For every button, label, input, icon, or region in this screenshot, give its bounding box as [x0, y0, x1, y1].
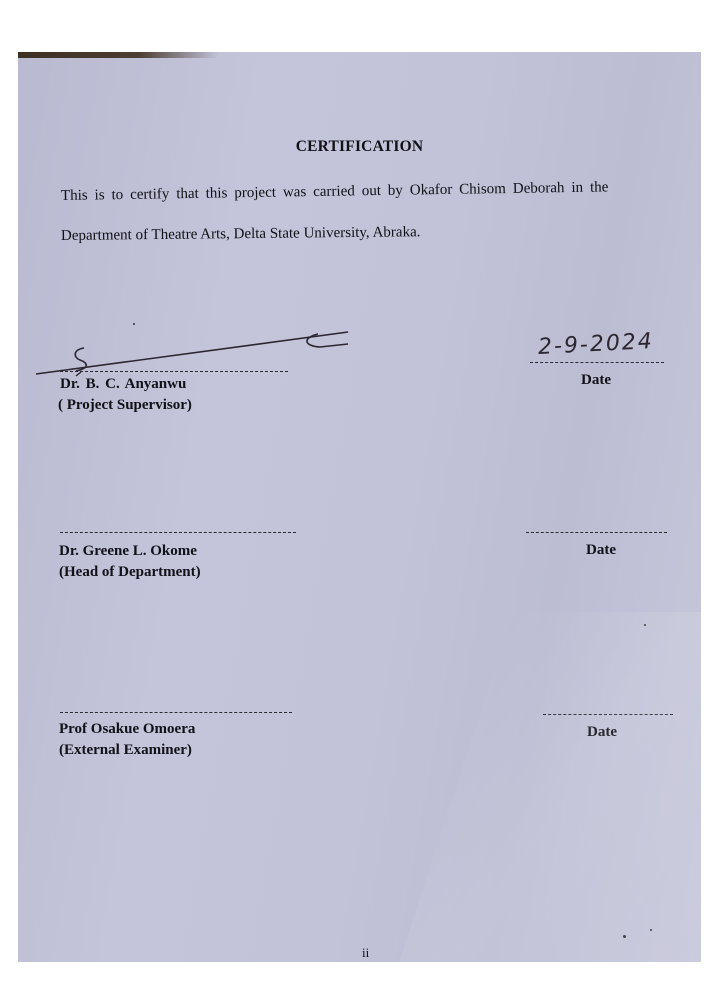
paper-speck: [644, 624, 646, 626]
paper-speck: [650, 929, 652, 931]
paper-speck: [133, 323, 135, 325]
date-label: Date: [586, 542, 616, 559]
date-label: Date: [581, 372, 611, 389]
signatory-name: Dr. B. C. Anyanwu: [60, 376, 186, 393]
date-line: [526, 532, 667, 533]
signatory-role: ( Project Supervisor): [58, 397, 192, 414]
date-line: [543, 714, 673, 715]
signatory-name: Prof Osakue Omoera: [59, 721, 195, 738]
signature-line: [60, 371, 288, 372]
certification-statement-line-1: This is to certify that this project was…: [61, 179, 609, 205]
signature-line: [60, 532, 296, 533]
signatory-name: Dr. Greene L. Okome: [59, 543, 197, 560]
handwritten-date: 2-9-2024: [537, 329, 654, 360]
paper-speck: [623, 935, 626, 938]
signatory-role: (External Examiner): [59, 742, 192, 759]
certification-statement-line-2: Department of Theatre Arts, Delta State …: [61, 224, 421, 245]
signatory-role: (Head of Department): [59, 564, 201, 581]
document-page: CERTIFICATION This is to certify that th…: [18, 52, 701, 962]
page-number: ii: [362, 945, 369, 961]
date-line: [530, 362, 664, 363]
date-label: Date: [587, 724, 617, 741]
signature-line: [60, 712, 292, 713]
page-title: CERTIFICATION: [18, 138, 701, 156]
